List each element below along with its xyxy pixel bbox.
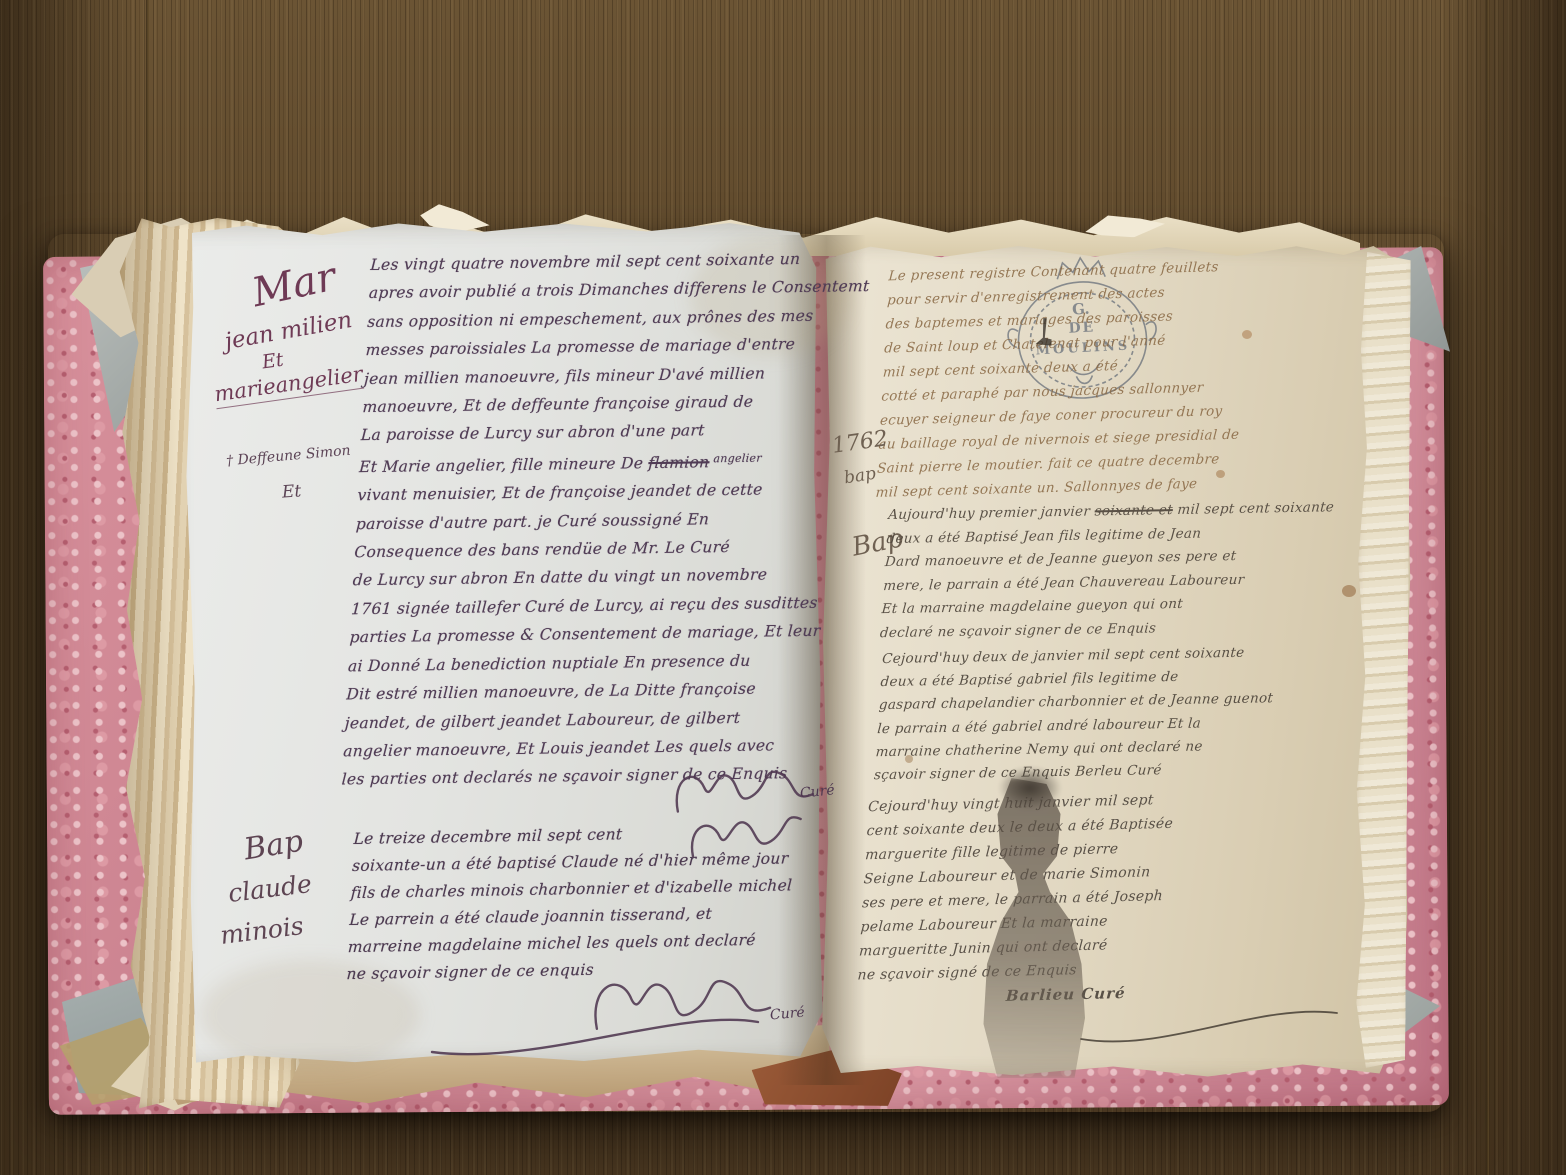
plank-seam bbox=[1486, 0, 1489, 1175]
signature-underline-swash bbox=[1075, 995, 1345, 1055]
line-text: Et Marie angelier, fille mineure De bbox=[359, 454, 649, 476]
line-text: mil sept cent soixante bbox=[1172, 499, 1334, 518]
margin-note-et: Et bbox=[261, 349, 285, 374]
photo-of-open-register: Mar jean milien Et marieangelier † Deffe… bbox=[0, 0, 1566, 1175]
line-text: Aujourd'huy premier janvier bbox=[888, 503, 1096, 523]
ink-stain-head bbox=[998, 766, 1062, 810]
baptism-entry-jean-dard: Aujourd'huy premier janvier soixante et … bbox=[879, 496, 1361, 646]
superscript-correction: angelier bbox=[709, 451, 762, 465]
fox-spot bbox=[1242, 330, 1252, 339]
signature-label-cure: Curé bbox=[769, 1005, 805, 1024]
margin-note-et: Et bbox=[281, 481, 302, 502]
register-certification-text: Le present registre Contenant quatre feu… bbox=[875, 251, 1363, 505]
fox-spot bbox=[1216, 470, 1225, 478]
fox-spot bbox=[905, 755, 913, 763]
baptism-entry-gabriel: Cejourd'huy deux de janvier mil sept cen… bbox=[873, 640, 1359, 788]
fox-spot bbox=[1342, 585, 1356, 597]
struck-word: flamion bbox=[648, 453, 710, 472]
marriage-entry-text: Les vingt quatre novembre mil sept cent … bbox=[341, 245, 831, 795]
struck-words: soixante et bbox=[1094, 502, 1173, 519]
signature-underline-swash bbox=[428, 1012, 768, 1068]
